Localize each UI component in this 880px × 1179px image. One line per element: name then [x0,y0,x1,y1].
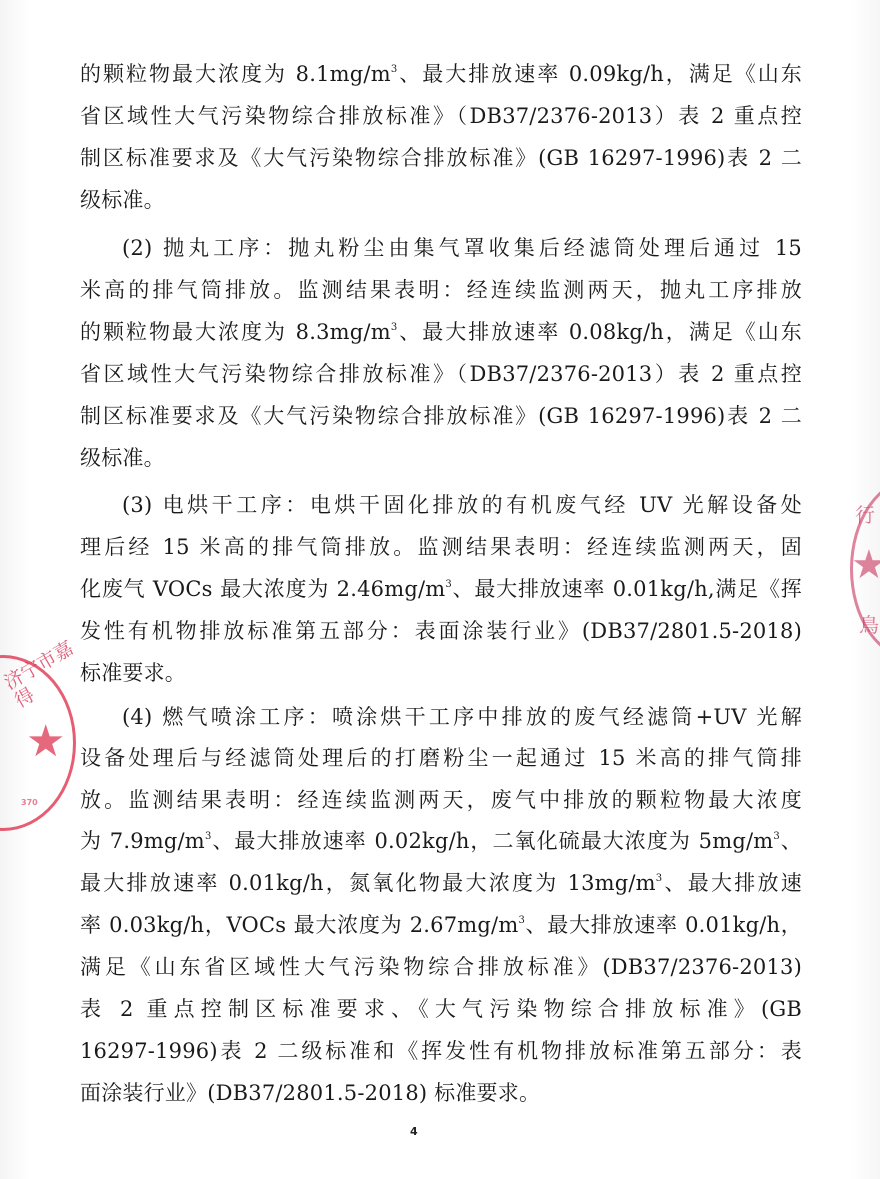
seal-code: 370 [21,798,38,807]
seal-text-bottom: 鳥 [859,609,879,638]
text-line: 化废气 VOCs 最大浓度为 2.46mg/m3、最大排放速率 0.01kg/h… [80,574,802,604]
text-line: 发性有机物排放标准第五部分：表面涂装行业》(DB37/2801.5-2018) [80,616,802,646]
text-line: 级标准。 [80,443,802,473]
text-line: 标准要求。 [80,658,802,688]
text-line: 制区标准要求及《大气污染物综合排放标准》(GB 16297-1996)表 2 二 [80,401,802,431]
company-seal-right: 行 ★ 鳥 [850,478,880,660]
text-line: 16297-1996)表 2 二级标准和《挥发性有机物排放标准第五部分：表 [80,1036,802,1066]
text-line: 的颗粒物最大浓度为 8.3mg/m3、最大排放速率 0.08kg/h，满足《山东 [80,317,802,347]
seal-star-icon: ★ [851,545,880,585]
text-line: 满足《山东省区域性大气污染物综合排放标准》(DB37/2376-2013) [80,952,802,982]
text-line: 的颗粒物最大浓度为 8.1mg/m3、最大排放速率 0.09kg/h，满足《山东 [80,59,802,89]
text-line: 级标准。 [80,185,802,215]
page-number: 4 [410,1125,418,1138]
document-page: 的颗粒物最大浓度为 8.1mg/m3、最大排放速率 0.09kg/h，满足《山东… [0,0,880,1179]
text-line: 设备处理后与经滤筒处理后的打磨粉尘一起通过 15 米高的排气筒排 [80,743,802,773]
paragraph-heading-electric-drying: (3) 电烘干工序：电烘干固化排放的有机废气经 UV 光解设备处 [122,490,802,520]
text-line: 省区域性大气污染物综合排放标准》（DB37/2376-2013）表 2 重点控 [80,101,802,131]
text-line: 米高的排气筒排放。监测结果表明：经连续监测两天，抛丸工序排放 [80,275,802,305]
paragraph-heading-gas-spraying: (4) 燃气喷涂工序：喷涂烘干工序中排放的废气经滤筒+UV 光解 [122,702,802,732]
text-line: 放。监测结果表明：经连续监测两天，废气中排放的颗粒物最大浓度 [80,785,802,815]
text-line: 率 0.03kg/h，VOCs 最大浓度为 2.67mg/m3、最大排放速率 0… [80,910,802,940]
text-line: 面涂装行业》(DB37/2801.5-2018) 标准要求。 [80,1078,802,1108]
text-line: 最大排放速率 0.01kg/h，氮氧化物最大浓度为 13mg/m3、最大排放速 [80,868,802,898]
seal-star-icon: ★ [26,720,65,764]
text-line: 制区标准要求及《大气污染物综合排放标准》(GB 16297-1996)表 2 二 [80,143,802,173]
seal-text: 济宁市嘉得 [1,636,91,712]
text-line: 理后经 15 米高的排气筒排放。监测结果表明：经连续监测两天，固 [80,532,802,562]
text-line: 为 7.9mg/m3、最大排放速率 0.02kg/h，二氧化硫最大浓度为 5mg… [80,826,802,856]
paragraph-heading-shot-blasting: (2) 抛丸工序：抛丸粉尘由集气罩收集后经滤筒处理后通过 15 [122,233,802,263]
text-line: 省区域性大气污染物综合排放标准》（DB37/2376-2013）表 2 重点控 [80,359,802,389]
seal-text-top: 行 [855,499,875,528]
company-seal-left: 济宁市嘉得 ★ 370 [0,655,76,831]
text-line: 表 2 重点控制区标准要求、《大气污染物综合排放标准》(GB [80,994,802,1024]
